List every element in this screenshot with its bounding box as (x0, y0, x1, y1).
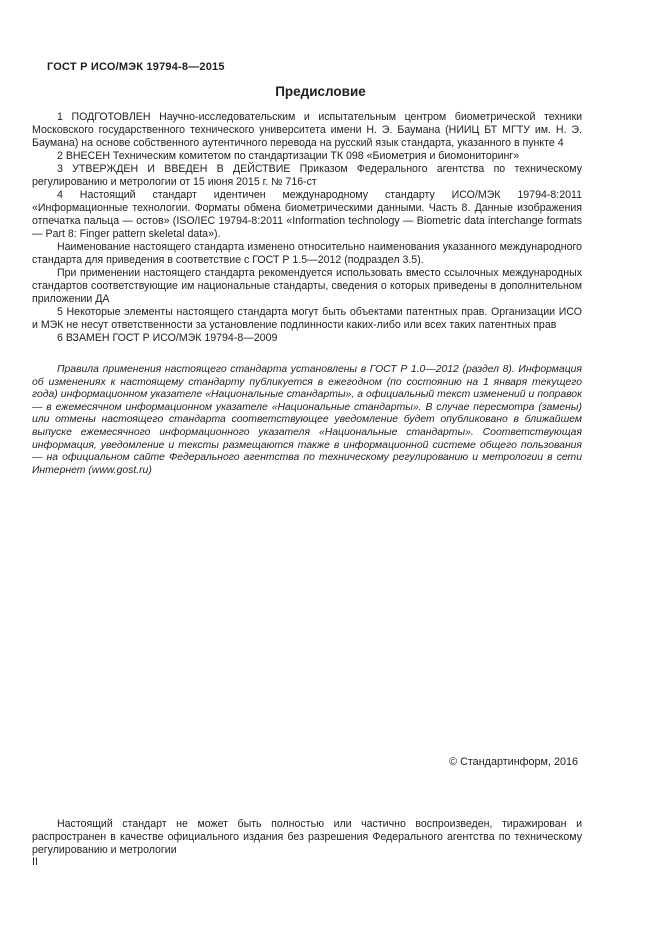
foreword-paragraph-title-changed: Наименование настоящего стандарта измене… (32, 241, 582, 267)
foreword-paragraph-submitted: 2 ВНЕСЕН Техническим комитетом по станда… (32, 150, 582, 163)
standard-designation-header: ГОСТ Р ИСО/МЭК 19794-8—2015 (47, 61, 225, 73)
document-page: ГОСТ Р ИСО/МЭК 19794-8—2015 Предисловие … (0, 0, 661, 936)
reproduction-restriction-note: Настоящий стандарт не может быть полност… (32, 818, 582, 856)
foreword-paragraph-national-standards: При применении настоящего стандарта реко… (32, 267, 582, 306)
application-rules-note: Правила применения настоящего стандарта … (32, 364, 582, 477)
foreword-paragraph-prepared: 1 ПОДГОТОВЛЕН Научно-исследовательским и… (32, 111, 582, 150)
foreword-body: 1 ПОДГОТОВЛЕН Научно-исследовательским и… (32, 111, 582, 477)
foreword-paragraph-identical-standard: 4 Настоящий стандарт идентичен междунаро… (32, 189, 582, 241)
page-number: II (32, 856, 582, 869)
foreword-paragraph-approved: 3 УТВЕРЖДЕН И ВВЕДЕН В ДЕЙСТВИЕ Приказом… (32, 163, 582, 189)
page-footer: Настоящий стандарт не может быть полност… (32, 818, 582, 869)
foreword-paragraph-replaces: 6 ВЗАМЕН ГОСТ Р ИСО/МЭК 19794-8—2009 (32, 332, 582, 345)
copyright-notice: © Стандартинформ, 2016 (32, 756, 578, 768)
foreword-paragraph-patent-rights: 5 Некоторые элементы настоящего стандарт… (32, 306, 582, 332)
page-title: Предисловие (33, 84, 608, 99)
